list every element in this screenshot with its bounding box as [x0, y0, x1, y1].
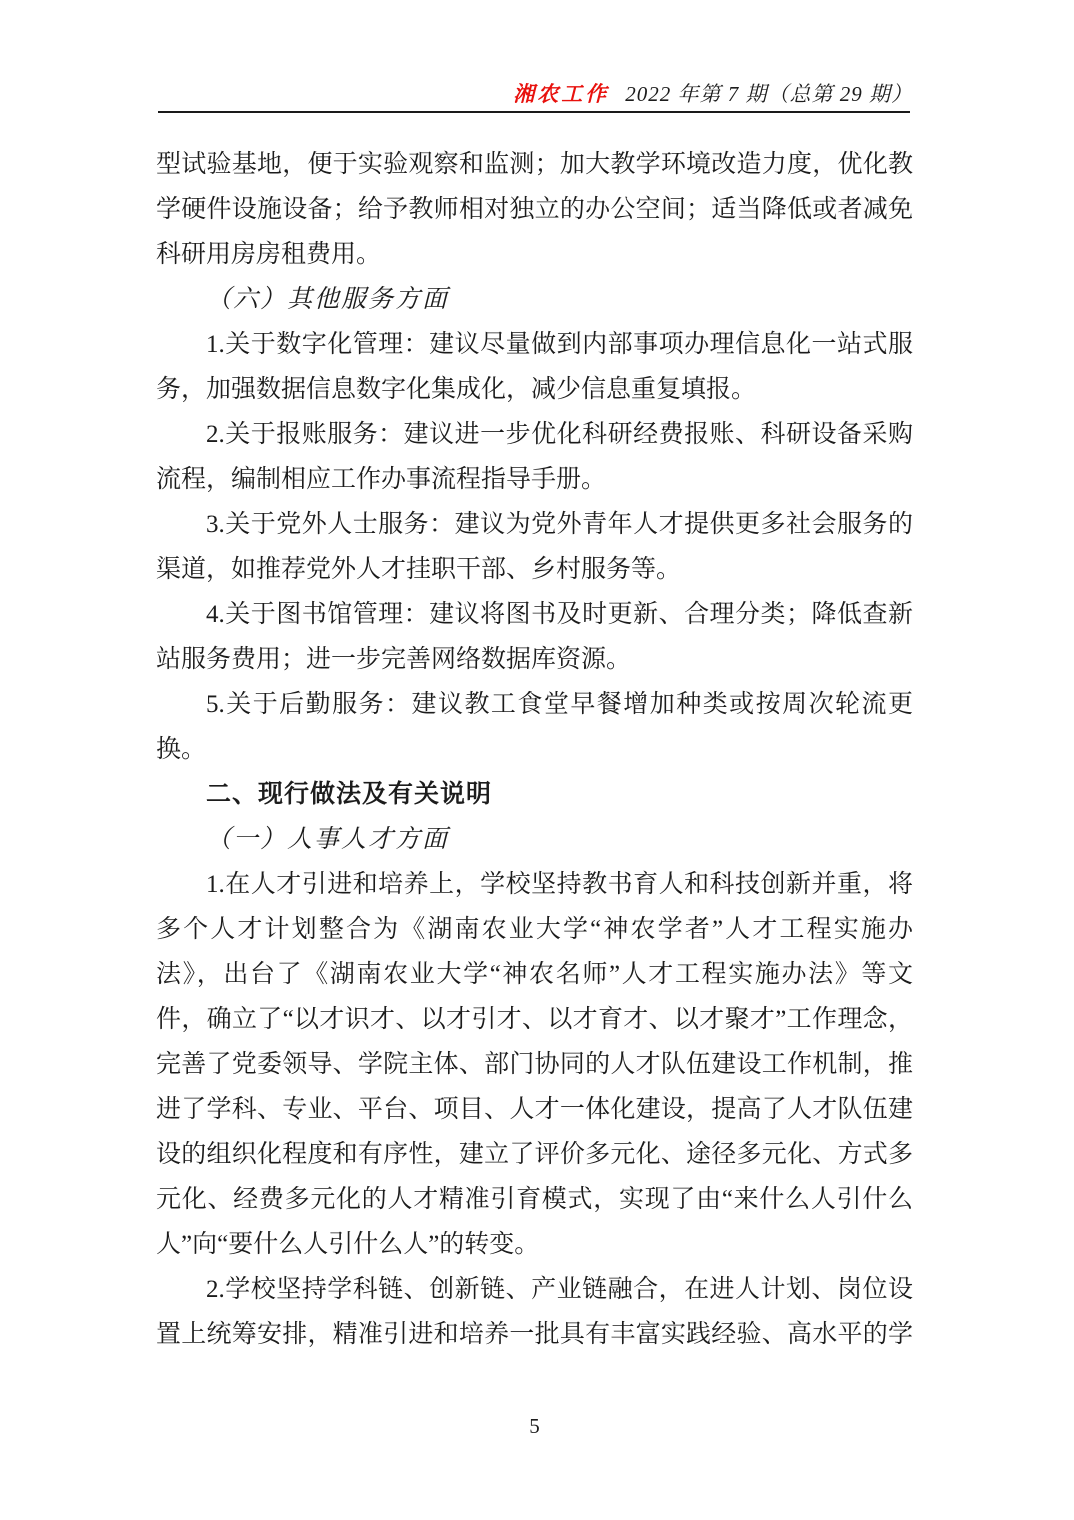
- journal-title: 湘农工作: [513, 82, 609, 106]
- page-footer: 5: [156, 1414, 913, 1439]
- header-rule: [158, 111, 910, 113]
- content-paragraphs: 型试验基地，便于实验观察和监测；加大教学环境改造力度，优化教学硬件设施设备；给予…: [156, 142, 913, 1357]
- body-paragraph: 5.关于后勤服务：建议教工食堂早餐增加种类或按周次轮流更换。: [156, 682, 913, 772]
- subsection-heading: （六）其他服务方面: [156, 277, 913, 322]
- page-header: 湘农工作2022 年第 7 期（总第 29 期）: [156, 80, 913, 108]
- document-page: { "page": { "header": { "journal_title":…: [0, 0, 1074, 1520]
- body-paragraph: 型试验基地，便于实验观察和监测；加大教学环境改造力度，优化教学硬件设施设备；给予…: [156, 142, 913, 277]
- body-paragraph: 1.关于数字化管理：建议尽量做到内部事项办理信息化一站式服务，加强数据信息数字化…: [156, 322, 913, 412]
- body-paragraph: 1.在人才引进和培养上，学校坚持教书育人和科技创新并重，将多个人才计划整合为《湖…: [156, 862, 913, 1267]
- body-paragraph: 3.关于党外人士服务：建议为党外青年人才提供更多社会服务的渠道，如推荐党外人才挂…: [156, 502, 913, 592]
- issue-info: 2022 年第 7 期（总第 29 期）: [625, 82, 913, 106]
- body-paragraph: 4.关于图书馆管理：建议将图书及时更新、合理分类；降低查新站服务费用；进一步完善…: [156, 592, 913, 682]
- section-heading: 二、现行做法及有关说明: [156, 772, 913, 817]
- subsection-heading: （一）人事人才方面: [156, 817, 913, 862]
- body-paragraph: 2.学校坚持学科链、创新链、产业链融合，在进人计划、岗位设置上统筹安排，精准引进…: [156, 1267, 913, 1357]
- body-paragraph: 2.关于报账服务：建议进一步优化科研经费报账、科研设备采购流程，编制相应工作办事…: [156, 412, 913, 502]
- page-number: 5: [529, 1414, 540, 1438]
- document-content: 型试验基地，便于实验观察和监测；加大教学环境改造力度，优化教学硬件设施设备；给予…: [156, 142, 913, 1357]
